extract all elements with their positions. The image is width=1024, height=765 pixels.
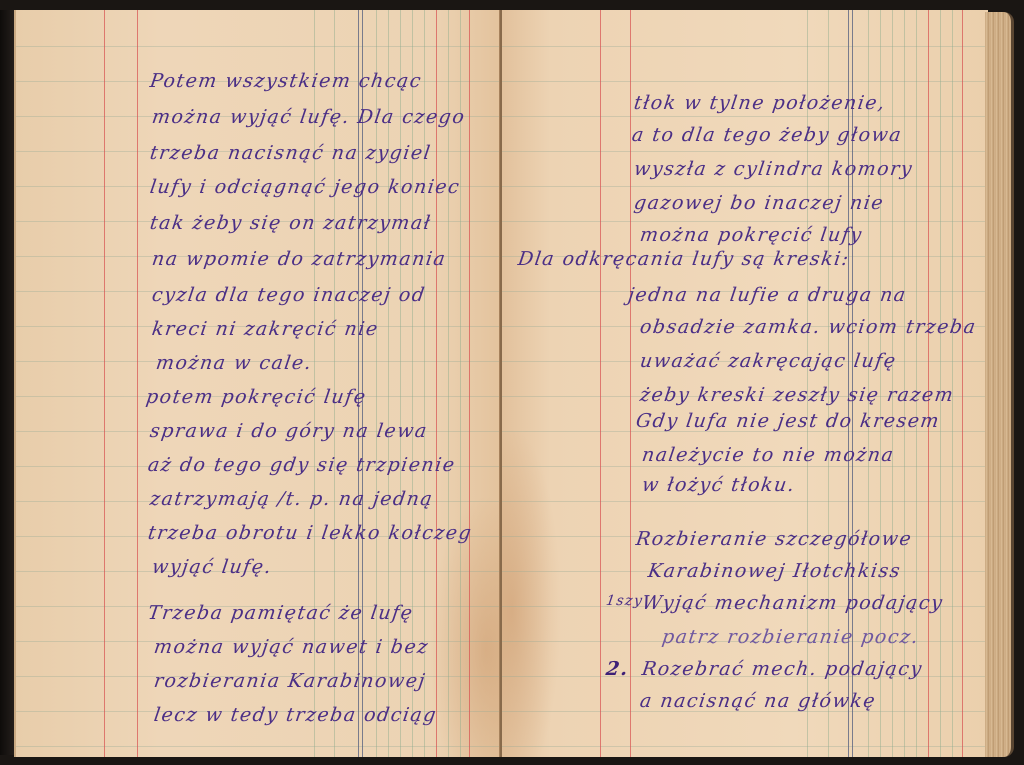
handwritten-line: Trzeba pamiętać że lufę <box>147 604 415 623</box>
handwritten-line: na wpomie do zatrzymania <box>151 250 448 269</box>
handwritten-line: uważać zakręcając lufę <box>639 352 898 371</box>
handwritten-line: kreci ni zakręcić nie <box>151 320 380 339</box>
right-page: tłok w tylne położenie, a to dla tego że… <box>502 10 988 757</box>
handwritten-heading: Dla odkręcania lufy są kreski: <box>517 250 851 269</box>
handwritten-line: a to dla tego żeby głowa <box>631 126 904 145</box>
handwritten-line: potem pokręcić lufę <box>145 388 368 407</box>
handwritten-line: cyzla dla tego inaczej od <box>151 286 427 305</box>
handwritten-line: trzeba nacisnąć na zygiel <box>149 144 433 163</box>
handwritten-line: sprawa i do góry na lewa <box>149 422 429 441</box>
handwritten-line: wyszła z cylindra komory <box>633 160 915 179</box>
handwritten-line: tak żeby się on zatrzymał <box>149 214 433 233</box>
handwritten-line: Wyjąć mechanizm podający <box>641 594 945 613</box>
section-heading: Karabinowej Iłotchkiss <box>647 562 903 581</box>
handwritten-line: można wyjąć lufę. Dla czego <box>151 108 467 127</box>
margin-line <box>600 10 601 757</box>
handwritten-line: wyjąć lufę. <box>151 558 274 577</box>
ruling-line <box>16 746 504 747</box>
page-stack-edge <box>985 12 1014 757</box>
handwritten-line: należycie to nie można <box>641 446 896 465</box>
notebook-spread: Potem wszystkiem chcąc można wyjąć lufę.… <box>0 0 1024 765</box>
left-page: Potem wszystkiem chcąc można wyjąć lufę.… <box>14 10 504 757</box>
handwritten-line: lufy i odciągnąć jego koniec <box>149 178 462 197</box>
handwritten-line: trzeba obrotu i lekko kołczeg <box>147 524 474 543</box>
handwritten-line: a nacisnąć na główkę <box>639 692 878 711</box>
handwritten-line: lecz w tedy trzeba odciąg <box>153 706 439 725</box>
handwritten-line: aż do tego gdy się trzpienie <box>147 456 457 475</box>
section-heading: Rozbieranie szczegółowe <box>635 530 914 549</box>
handwritten-line: Rozebrać mech. podający <box>641 660 924 679</box>
handwritten-line: Gdy lufa nie jest do kresem <box>635 412 942 431</box>
handwritten-line: patrz rozbieranie pocz. <box>661 628 921 647</box>
margin-line <box>104 10 105 757</box>
handwritten-line: w łożyć tłoku. <box>641 476 797 495</box>
handwritten-line: gazowej bo inaczej nie <box>633 194 886 213</box>
handwritten-line: tłok w tylne położenie, <box>633 94 887 113</box>
handwritten-line: żeby kreski zeszły się razem <box>639 386 956 405</box>
list-marker: 1szy <box>605 594 644 608</box>
handwritten-line: można pokręcić lufy <box>639 226 864 245</box>
list-marker: 2. <box>605 660 631 679</box>
handwritten-line: obsadzie zamka. wciom trzeba <box>639 318 978 337</box>
handwritten-line: rozbierania Karabinowej <box>153 672 428 691</box>
handwritten-line: można w cale. <box>155 354 314 373</box>
margin-line <box>469 10 470 757</box>
margin-line <box>630 10 631 757</box>
handwritten-line: zatrzymają /t. p. na jedną <box>149 490 435 509</box>
handwritten-line: można wyjąć nawet i bez <box>153 638 430 657</box>
margin-line <box>962 10 963 757</box>
handwritten-line: Potem wszystkiem chcąc <box>149 72 424 91</box>
ruling-line <box>16 46 504 47</box>
margin-line <box>137 10 138 757</box>
handwritten-line: jedna na lufie a druga na <box>627 286 908 305</box>
